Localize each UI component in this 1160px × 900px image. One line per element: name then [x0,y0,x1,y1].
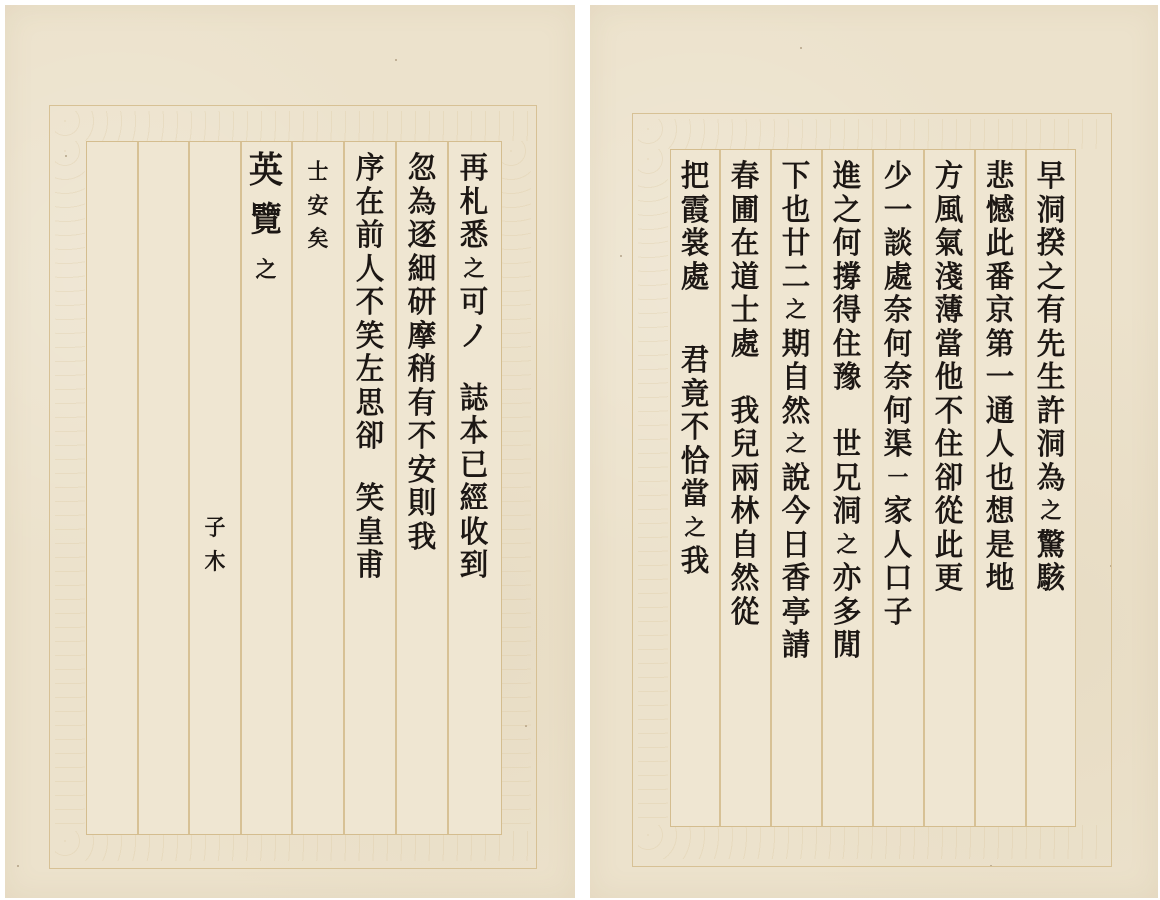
glyph: 一 [986,361,1015,395]
glyph: 撐 [833,261,862,295]
glyph: 地 [986,562,1015,596]
glyph: 談 [884,227,913,261]
glyph: 為 [1037,462,1066,496]
glyph: 札 [460,186,489,220]
glyph: 前 [356,219,385,253]
glyph: 憾 [986,194,1015,228]
text-column: 春 圃 在 道 士 處 我 兒 兩 林 自 然 從 [721,160,769,629]
glyph: 家 [884,495,913,529]
glyph: 在 [356,186,385,220]
glyph: 有 [408,387,437,421]
glyph: 當 [681,478,710,512]
glyph: 期 [782,328,811,362]
glyph: 當 [935,328,964,362]
glyph: 此 [986,227,1015,261]
glyph: 亭 [782,596,811,630]
glyph: 道 [731,261,760,295]
glyph: 一 [888,462,909,496]
glyph: 子 [884,596,913,630]
glyph: 得 [833,294,862,328]
right-leaf: 早 洞 揆 之 有 先 生 許 洞 為 之 驚 駭 悲 憾 此 番 京 [590,5,1158,898]
decorative-border-band [55,831,531,861]
glyph: 廿 [782,227,811,261]
glyph: 通 [986,395,1015,429]
text-column: 早 洞 揆 之 有 先 生 許 洞 為 之 驚 駭 [1027,160,1075,596]
glyph: 許 [1037,395,1066,429]
glyph: 安 [308,190,329,224]
glyph: 淺 [935,261,964,295]
glyph: 安 [408,454,437,488]
decorative-border-band [638,825,1106,859]
glyph: 之 [837,529,858,563]
glyph: 我 [408,521,437,555]
glyph: 之 [1041,495,1062,529]
glyph: 更 [935,562,964,596]
inner-text-frame: 早 洞 揆 之 有 先 生 許 洞 為 之 驚 駭 悲 憾 此 番 京 [670,149,1076,827]
glyph: 人 [884,529,913,563]
glyph: 則 [408,487,437,521]
text-column: 進 之 何 撐 得 住 豫 世 兄 洞 之 亦 多 閒 [823,160,871,663]
glyph: 番 [986,261,1015,295]
glyph: 洞 [1037,428,1066,462]
glyph: 日 [782,529,811,563]
signature: 子 木 [190,512,240,579]
glyph: 住 [935,428,964,462]
text-column: 少 一 談 處 奈 何 奈 何 渠 一 家 人 口 子 [874,160,922,629]
glyph: 處 [731,328,760,362]
glyph: 驚 [1037,529,1066,563]
glyph: 想 [986,495,1015,529]
glyph: 英 [249,154,283,204]
text-column: 方 風 氣 淺 薄 當 他 不 住 卻 從 此 更 [925,160,973,596]
glyph: 第 [986,328,1015,362]
glyph: 甫 [356,549,385,583]
glyph: 收 [460,516,489,550]
glyph: 卻 [356,420,385,482]
glyph: 何 [833,227,862,261]
text-column: 把 霞 裳 處 君 竟 不 恰 當 之 我 [671,160,719,579]
glyph: 揆 [1037,227,1066,261]
glyph: 也 [986,462,1015,496]
glyph: 之 [786,294,807,328]
glyph: 洞 [1037,194,1066,228]
glyph: 世 [833,428,862,462]
text-column: 下 也 廿 二 之 期 自 然 之 說 今 日 香 亭 請 [772,160,820,663]
glyph: 進 [833,160,862,194]
glyph: 笑 [356,482,385,516]
glyph: 口 [884,562,913,596]
glyph: ノ [460,320,489,382]
glyph: 之 [464,253,485,287]
paper-speck [620,255,622,257]
glyph: 木 [205,546,226,580]
glyph: 兩 [731,462,760,496]
column-rule [188,142,190,834]
glyph: 方 [935,160,964,194]
glyph: 風 [935,194,964,228]
glyph: 氣 [935,227,964,261]
text-column: 士 安 矣 [293,156,343,257]
glyph: 也 [782,194,811,228]
glyph: 有 [1037,294,1066,328]
glyph: 京 [986,294,1015,328]
decorative-border-band [55,111,531,141]
glyph: 二 [782,261,811,295]
glyph: 渠 [884,428,913,462]
glyph: 子 [205,512,226,546]
glyph: 請 [782,629,811,663]
glyph: 不 [408,420,437,454]
glyph: 卻 [935,462,964,496]
glyph: 悲 [986,160,1015,194]
glyph: 不 [681,411,710,445]
glyph: 稍 [408,353,437,387]
glyph: 從 [731,596,760,630]
paper-speck [800,47,802,49]
glyph: 處 [681,261,710,295]
text-column: 序 在 前 人 不 笑 左 思 卻 笑 皇 甫 [345,152,395,583]
glyph: 裳 [681,227,710,261]
glyph: 之 [786,428,807,462]
glyph: 悉 [460,219,489,253]
glyph: 處 [884,261,913,295]
left-leaf: 再 札 悉 之 可 ノ 誌 本 已 經 收 到 忽 為 逐 細 研 摩 [5,5,575,898]
glyph: 他 [935,361,964,395]
glyph: 我 [731,395,760,429]
glyph: 君 [681,344,710,378]
glyph: 亦 [833,562,862,596]
glyph: 說 [782,462,811,496]
glyph: 笑 [356,320,385,354]
glyph: 之 [1037,261,1066,295]
glyph: 薄 [935,294,964,328]
glyph: 霞 [681,194,710,228]
glyph: 住 [833,328,862,362]
decorative-border-band [55,141,85,831]
glyph: 人 [986,428,1015,462]
glyph: 兒 [731,428,760,462]
glyph: 洞 [833,495,862,529]
glyph: 香 [782,562,811,596]
glyph: 下 [782,160,811,194]
decorative-border-band [638,149,668,825]
decorative-border-band [501,141,531,831]
glyph: 為 [408,186,437,220]
glyph: 在 [731,227,760,261]
glyph: 之 [256,254,277,288]
glyph: 皇 [356,516,385,550]
glyph: 忽 [408,152,437,186]
glyph: 可 [460,286,489,320]
glyph: 誌 [460,382,489,416]
document-spread: 再 札 悉 之 可 ノ 誌 本 已 經 收 到 忽 為 逐 細 研 摩 [0,0,1160,900]
glyph: 多 [833,596,862,630]
glyph: 早 [1037,160,1066,194]
glyph: 先 [1037,328,1066,362]
glyph: 何 [884,395,913,429]
glyph: 覽 [250,204,282,254]
glyph: 思 [356,387,385,421]
paper-speck [17,865,19,867]
glyph: 人 [356,253,385,287]
glyph: 從 [935,495,964,529]
glyph: 士 [308,156,329,190]
glyph: 之 [833,194,862,228]
glyph: 一 [884,194,913,228]
paper-speck [395,59,397,61]
glyph: 然 [731,562,760,596]
glyph: 已 [460,449,489,483]
glyph: 然 [782,395,811,429]
glyph: 圃 [731,194,760,228]
glyph: 到 [460,549,489,583]
glyph: 自 [731,529,760,563]
text-column: 忽 為 逐 細 研 摩 稍 有 不 安 則 我 [397,152,447,554]
inner-text-frame: 再 札 悉 之 可 ノ 誌 本 已 經 收 到 忽 為 逐 細 研 摩 [86,141,502,835]
glyph: 再 [460,152,489,186]
glyph: 今 [782,495,811,529]
text-column: 悲 憾 此 番 京 第 一 通 人 也 想 是 地 [976,160,1024,596]
glyph: 豫 [833,361,862,395]
text-column: 英 覽 之 [241,154,291,288]
text-column: 再 札 悉 之 可 ノ 誌 本 已 經 收 到 [449,152,499,583]
glyph: 逐 [408,219,437,253]
glyph: 奈 [884,294,913,328]
column-rule [137,142,139,834]
glyph: 不 [356,286,385,320]
glyph: 恰 [681,445,710,479]
glyph: 奈 [884,361,913,395]
glyph: 此 [935,529,964,563]
glyph: 我 [681,545,710,579]
glyph: 研 [408,286,437,320]
glyph: 本 [460,415,489,449]
glyph: 何 [884,328,913,362]
glyph: 之 [685,512,706,546]
glyph: 經 [460,482,489,516]
glyph: 不 [935,395,964,429]
glyph: 左 [356,353,385,387]
glyph: 少 [884,160,913,194]
glyph: 駭 [1037,562,1066,596]
glyph: 是 [986,529,1015,563]
glyph: 摩 [408,320,437,354]
glyph: 士 [731,294,760,328]
glyph: 閒 [833,629,862,663]
glyph: 兄 [833,462,862,496]
glyph: 春 [731,160,760,194]
glyph: 生 [1037,361,1066,395]
decorative-border-band [638,119,1106,149]
glyph: 矣 [308,223,329,257]
glyph: 竟 [681,378,710,412]
glyph: 細 [408,253,437,287]
glyph: 把 [681,160,710,194]
glyph: 林 [731,495,760,529]
glyph: 序 [356,152,385,186]
glyph: 自 [782,361,811,395]
